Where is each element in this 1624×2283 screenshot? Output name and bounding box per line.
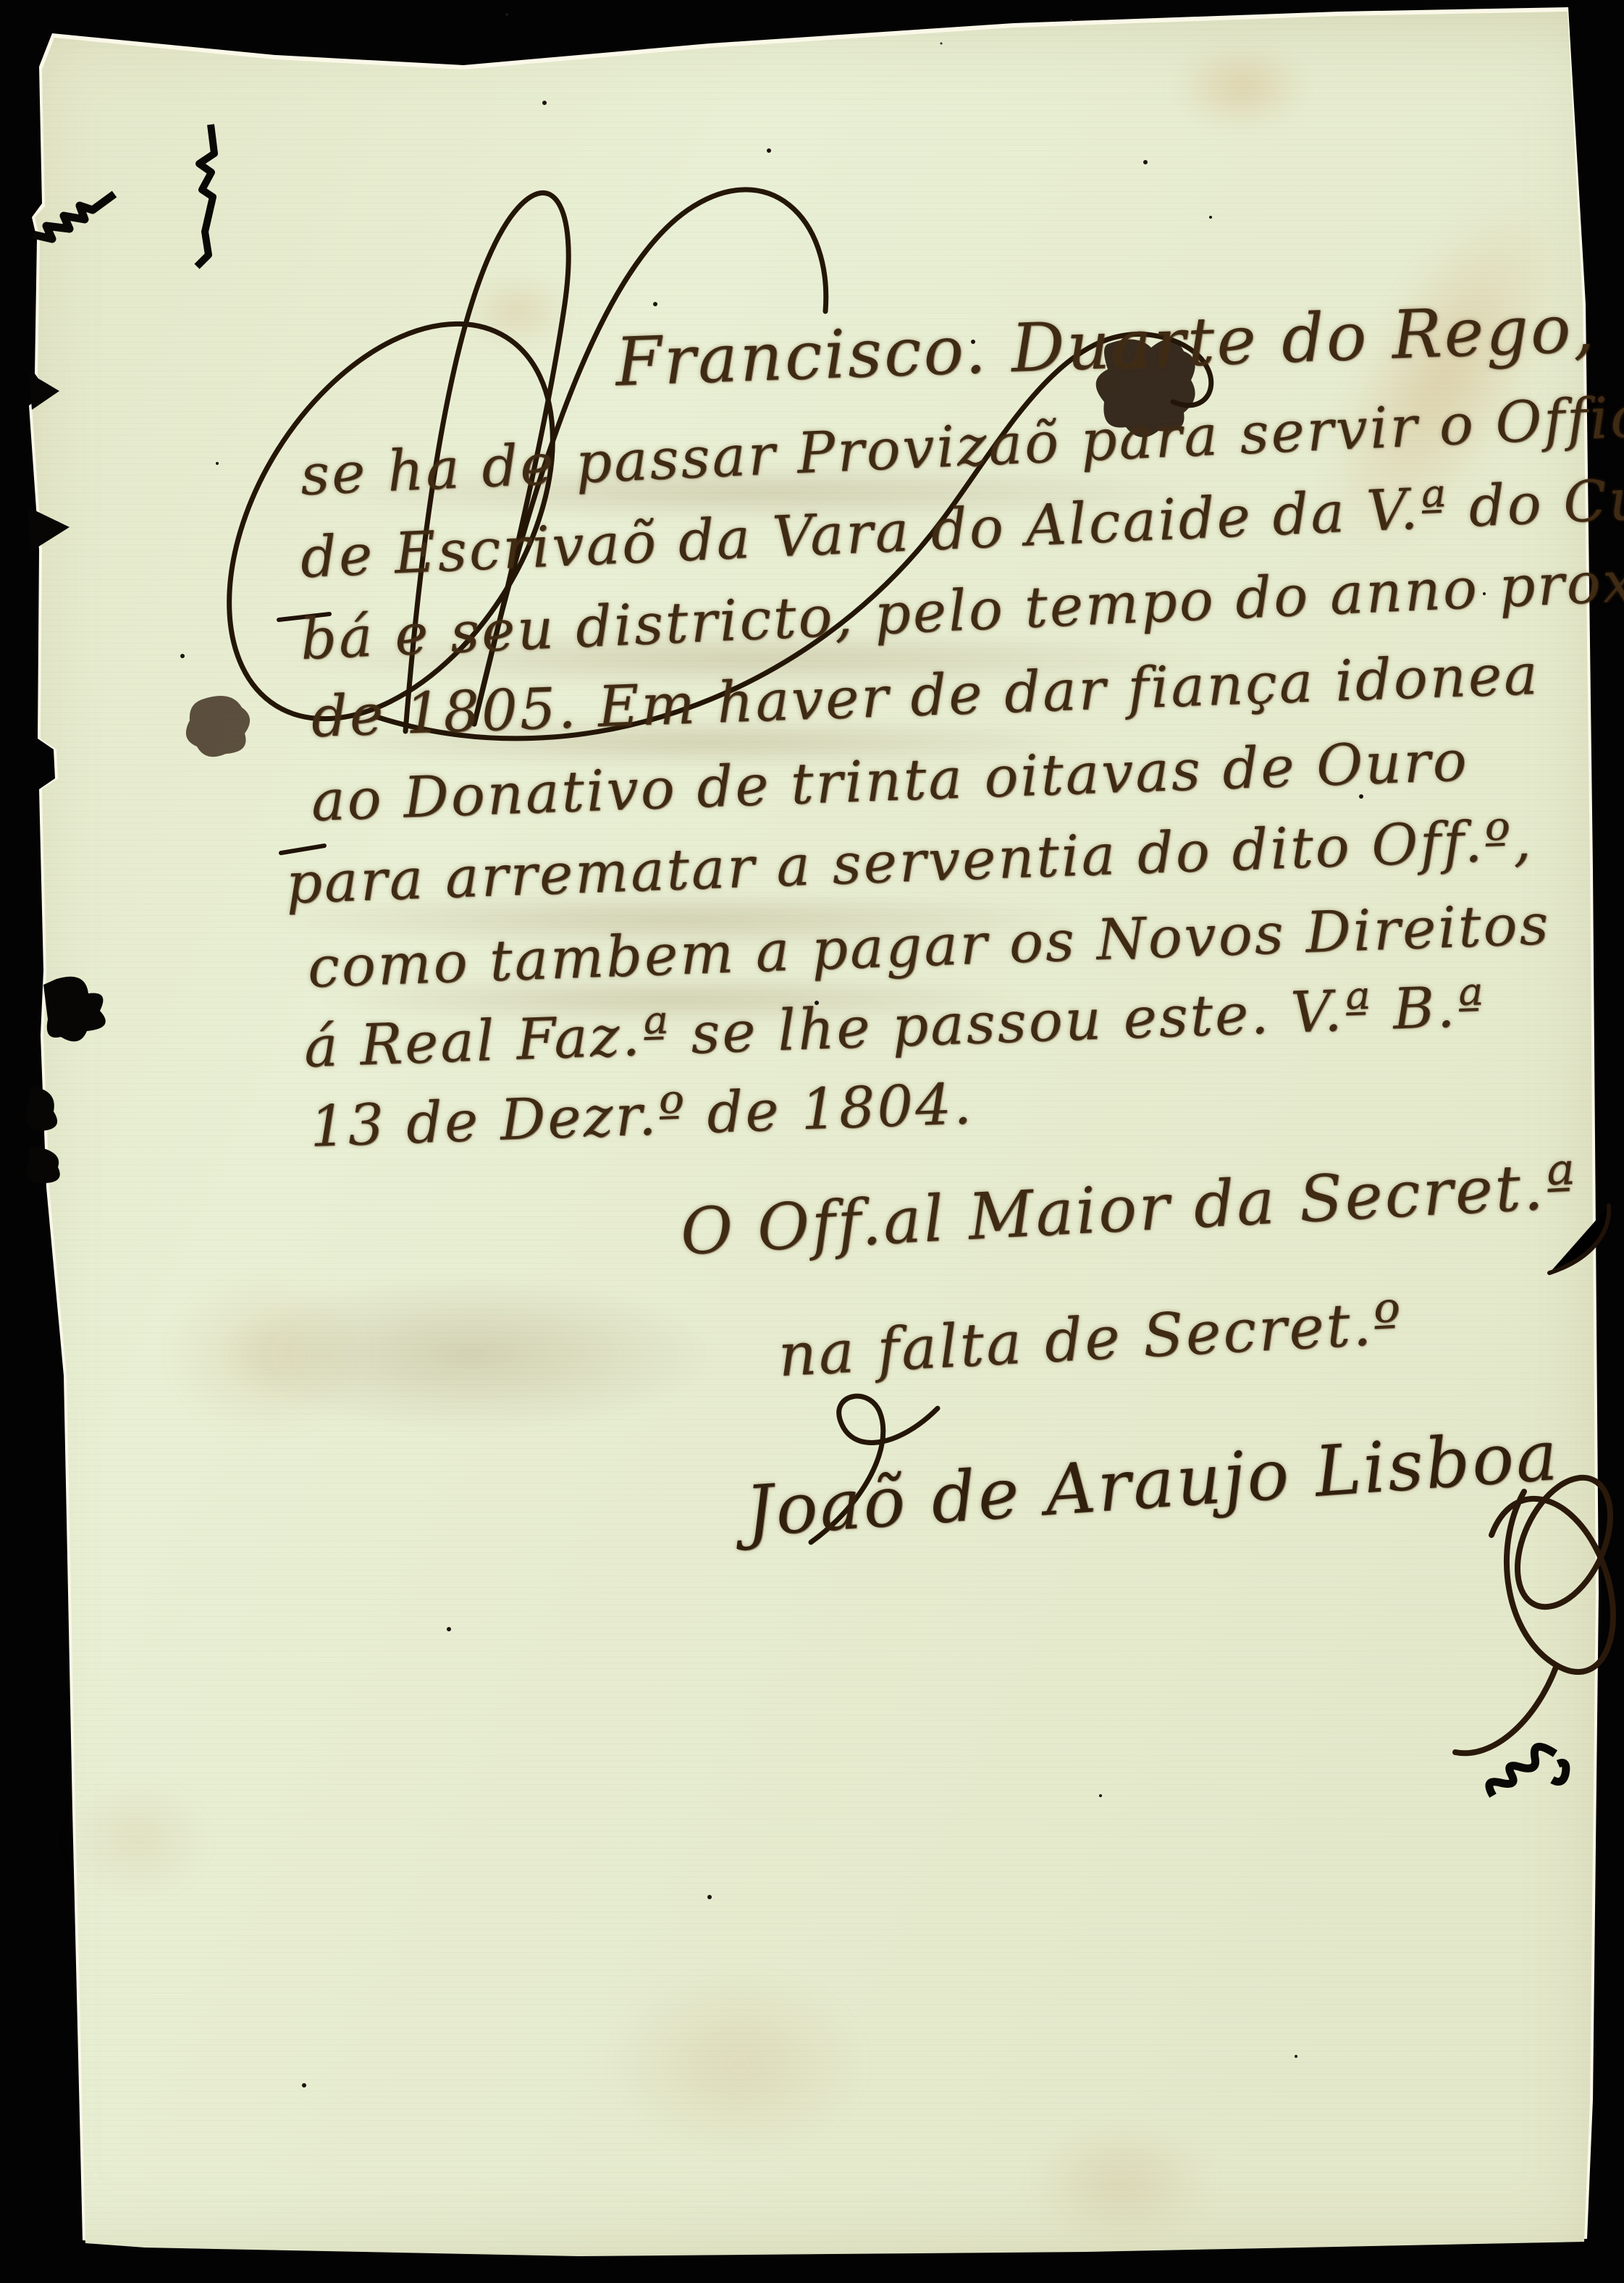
scanned-manuscript-page: Francisco. Duarte do Rego, se ha de pass… xyxy=(0,0,1624,2283)
